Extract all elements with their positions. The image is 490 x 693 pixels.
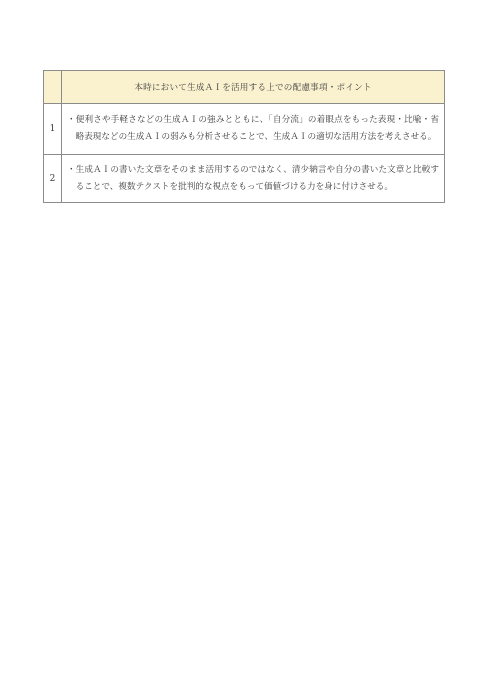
table-header-row: 本時において生成ＡＩを活用する上での配慮事項・ポイント	[44, 71, 445, 104]
row-number: 1	[44, 104, 62, 155]
considerations-table: 本時において生成ＡＩを活用する上での配慮事項・ポイント 1 ・便利さや手軽さなど…	[43, 70, 445, 203]
row-text: ・便利さや手軽さなどの生成ＡＩの強みとともに、「自分流」の着眼点をもった表現・比…	[67, 112, 439, 145]
header-number-cell	[44, 71, 62, 104]
document-page: 本時において生成ＡＩを活用する上での配慮事項・ポイント 1 ・便利さや手軽さなど…	[0, 0, 490, 693]
table-row-2: 2 ・生成ＡＩの書いた文章をそのまま活用するのではなく、清少納言や自分の書いた文…	[44, 155, 445, 203]
row-text-cell: ・生成ＡＩの書いた文章をそのまま活用するのではなく、清少納言や自分の書いた文章と…	[62, 155, 445, 203]
row-number: 2	[44, 155, 62, 203]
row-text: ・生成ＡＩの書いた文章をそのまま活用するのではなく、清少納言や自分の書いた文章と…	[67, 162, 439, 195]
row-text-cell: ・便利さや手軽さなどの生成ＡＩの強みとともに、「自分流」の着眼点をもった表現・比…	[62, 104, 445, 155]
table-title: 本時において生成ＡＩを活用する上での配慮事項・ポイント	[62, 71, 445, 104]
table-row-1: 1 ・便利さや手軽さなどの生成ＡＩの強みとともに、「自分流」の着眼点をもった表現…	[44, 104, 445, 155]
